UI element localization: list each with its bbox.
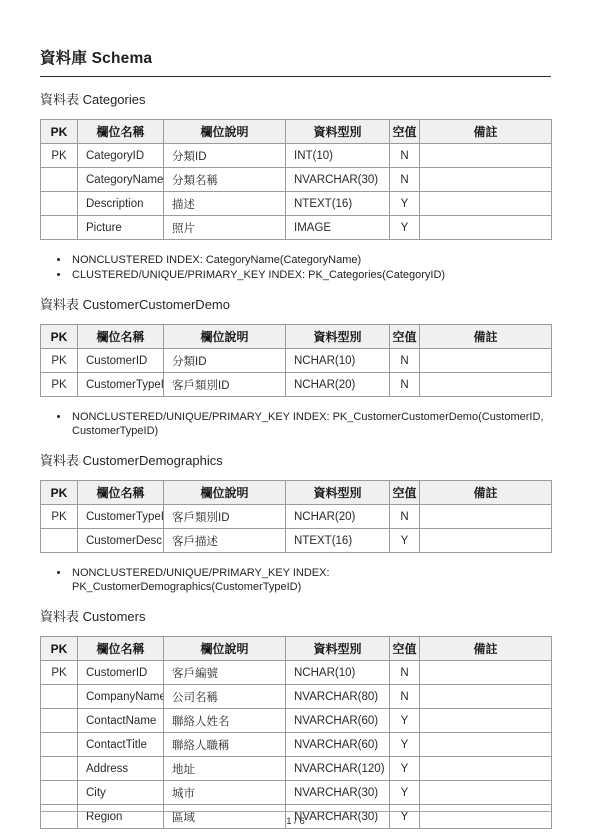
table-cell: CustomerTypeID	[78, 373, 164, 397]
column-header: 欄位名稱	[78, 325, 164, 349]
table-row: PKCustomerTypeID客戶類別IDNCHAR(20)N	[41, 505, 552, 529]
table-cell: NCHAR(10)	[286, 349, 390, 373]
schema-table: PK欄位名稱欄位說明資料型別空值備註PKCustomerID客戶編號NCHAR(…	[40, 636, 552, 829]
table-cell	[41, 757, 78, 781]
table-header: PK欄位名稱欄位說明資料型別空值備註	[41, 637, 552, 661]
column-header: 資料型別	[286, 120, 390, 144]
table-cell: PK	[41, 373, 78, 397]
table-cell: Y	[390, 216, 420, 240]
table-cell: PK	[41, 661, 78, 685]
table-cell	[420, 661, 552, 685]
table-cell: NCHAR(20)	[286, 373, 390, 397]
table-cell: NVARCHAR(30)	[286, 781, 390, 805]
column-header: 欄位說明	[164, 637, 286, 661]
index-list: NONCLUSTERED/UNIQUE/PRIMARY_KEY INDEX: P…	[40, 410, 551, 438]
schema-table: PK欄位名稱欄位說明資料型別空值備註PKCustomerTypeID客戶類別ID…	[40, 480, 552, 553]
table-cell: 客戶類別ID	[164, 505, 286, 529]
table-cell: Y	[390, 757, 420, 781]
table-cell: NCHAR(10)	[286, 661, 390, 685]
table-cell: 地址	[164, 757, 286, 781]
table-cell: IMAGE	[286, 216, 390, 240]
table-cell	[420, 168, 552, 192]
table-cell: 分類ID	[164, 144, 286, 168]
table-row: City城市NVARCHAR(30)Y	[41, 781, 552, 805]
table-cell: NVARCHAR(60)	[286, 709, 390, 733]
table-cell: CategoryID	[78, 144, 164, 168]
table-cell: 照片	[164, 216, 286, 240]
column-header: PK	[41, 325, 78, 349]
table-row: Description描述NTEXT(16)Y	[41, 192, 552, 216]
table-cell: 描述	[164, 192, 286, 216]
table-cell: 分類名稱	[164, 168, 286, 192]
table-cell	[41, 192, 78, 216]
table-cell	[41, 529, 78, 553]
table-cell: Y	[390, 733, 420, 757]
table-cell: N	[390, 373, 420, 397]
page-footer-divider: 1 / 6	[40, 811, 551, 827]
table-cell	[41, 733, 78, 757]
table-cell: N	[390, 168, 420, 192]
column-header: PK	[41, 481, 78, 505]
table-cell: 分類ID	[164, 349, 286, 373]
table-cell: NCHAR(20)	[286, 505, 390, 529]
table-cell: NVARCHAR(80)	[286, 685, 390, 709]
table-cell	[41, 685, 78, 709]
table-cell	[41, 781, 78, 805]
table-cell: N	[390, 349, 420, 373]
table-cell: 客戶編號	[164, 661, 286, 685]
table-row: PKCustomerID分類IDNCHAR(10)N	[41, 349, 552, 373]
table-cell: 客戶類別ID	[164, 373, 286, 397]
table-row: PKCustomerTypeID客戶類別IDNCHAR(20)N	[41, 373, 552, 397]
column-header: 欄位名稱	[78, 481, 164, 505]
table-cell	[420, 349, 552, 373]
section-heading: 資料表 CustomerCustomerDemo	[40, 296, 551, 313]
table-cell	[41, 709, 78, 733]
column-header: 空值	[390, 637, 420, 661]
table-header: PK欄位名稱欄位說明資料型別空值備註	[41, 120, 552, 144]
table-cell	[41, 168, 78, 192]
table-cell: 聯絡人姓名	[164, 709, 286, 733]
table-cell: INT(10)	[286, 144, 390, 168]
table-row: CategoryName分類名稱NVARCHAR(30)N	[41, 168, 552, 192]
table-cell: N	[390, 505, 420, 529]
table-cell	[420, 505, 552, 529]
column-header: 資料型別	[286, 481, 390, 505]
table-cell: ContactTitle	[78, 733, 164, 757]
page-number: 1 / 6	[40, 816, 551, 827]
column-header: 欄位說明	[164, 325, 286, 349]
table-header-row: PK欄位名稱欄位說明資料型別空值備註	[41, 637, 552, 661]
table-row: ContactName聯絡人姓名NVARCHAR(60)Y	[41, 709, 552, 733]
table-row: CustomerDesc客戶描述NTEXT(16)Y	[41, 529, 552, 553]
table-cell	[420, 529, 552, 553]
schema-table: PK欄位名稱欄位說明資料型別空值備註PKCustomerID分類IDNCHAR(…	[40, 324, 552, 397]
column-header: 空值	[390, 325, 420, 349]
table-cell: Y	[390, 781, 420, 805]
table-cell: ContactName	[78, 709, 164, 733]
table-cell: PK	[41, 144, 78, 168]
column-header: 空值	[390, 481, 420, 505]
index-item: NONCLUSTERED/UNIQUE/PRIMARY_KEY INDEX: P…	[70, 410, 551, 438]
table-body: PKCategoryID分類IDINT(10)NCategoryName分類名稱…	[41, 144, 552, 240]
table-cell: N	[390, 661, 420, 685]
table-cell: NVARCHAR(120)	[286, 757, 390, 781]
table-cell	[420, 216, 552, 240]
section-heading: 資料表 Categories	[40, 91, 551, 108]
table-body: PKCustomerID客戶編號NCHAR(10)NCompanyName公司名…	[41, 661, 552, 829]
table-cell: 客戶描述	[164, 529, 286, 553]
sections-container: 資料表 CategoriesPK欄位名稱欄位說明資料型別空值備註PKCatego…	[40, 91, 551, 829]
table-cell: NTEXT(16)	[286, 529, 390, 553]
column-header: 空值	[390, 120, 420, 144]
table-cell	[420, 709, 552, 733]
table-cell: PK	[41, 505, 78, 529]
document-title: 資料庫 Schema	[40, 46, 551, 77]
document-page: 資料庫 Schema 資料表 CategoriesPK欄位名稱欄位說明資料型別空…	[0, 0, 591, 839]
table-cell: 城市	[164, 781, 286, 805]
column-header: 備註	[420, 325, 552, 349]
table-header: PK欄位名稱欄位說明資料型別空值備註	[41, 481, 552, 505]
index-item: NONCLUSTERED INDEX: CategoryName(Categor…	[70, 253, 551, 267]
column-header: 備註	[420, 481, 552, 505]
table-cell	[420, 144, 552, 168]
table-header-row: PK欄位名稱欄位說明資料型別空值備註	[41, 120, 552, 144]
table-cell: PK	[41, 349, 78, 373]
table-cell	[41, 216, 78, 240]
schema-table: PK欄位名稱欄位說明資料型別空值備註PKCategoryID分類IDINT(10…	[40, 119, 552, 240]
table-row: ContactTitle聯絡人職稱NVARCHAR(60)Y	[41, 733, 552, 757]
table-body: PKCustomerID分類IDNCHAR(10)NPKCustomerType…	[41, 349, 552, 397]
table-cell: Y	[390, 529, 420, 553]
table-cell: CategoryName	[78, 168, 164, 192]
table-row: CompanyName公司名稱NVARCHAR(80)N	[41, 685, 552, 709]
column-header: PK	[41, 120, 78, 144]
table-header-row: PK欄位名稱欄位說明資料型別空值備註	[41, 325, 552, 349]
table-cell	[420, 192, 552, 216]
table-row: PKCategoryID分類IDINT(10)N	[41, 144, 552, 168]
table-header: PK欄位名稱欄位說明資料型別空值備註	[41, 325, 552, 349]
table-cell: 聯絡人職稱	[164, 733, 286, 757]
table-cell	[420, 685, 552, 709]
table-cell: CustomerID	[78, 661, 164, 685]
table-cell: CustomerTypeID	[78, 505, 164, 529]
table-cell: 公司名稱	[164, 685, 286, 709]
table-cell: Y	[390, 709, 420, 733]
table-cell: City	[78, 781, 164, 805]
table-cell: NTEXT(16)	[286, 192, 390, 216]
table-cell: CustomerID	[78, 349, 164, 373]
table-cell: NVARCHAR(30)	[286, 168, 390, 192]
column-header: 備註	[420, 120, 552, 144]
table-cell: Description	[78, 192, 164, 216]
table-cell	[420, 373, 552, 397]
section-heading: 資料表 CustomerDemographics	[40, 452, 551, 469]
column-header: 欄位說明	[164, 120, 286, 144]
column-header: 資料型別	[286, 325, 390, 349]
table-cell: Address	[78, 757, 164, 781]
index-list: NONCLUSTERED/UNIQUE/PRIMARY_KEY INDEX: P…	[40, 566, 551, 594]
table-cell: N	[390, 144, 420, 168]
table-cell: NVARCHAR(60)	[286, 733, 390, 757]
table-cell	[420, 757, 552, 781]
table-row: Address地址NVARCHAR(120)Y	[41, 757, 552, 781]
column-header: 備註	[420, 637, 552, 661]
table-header-row: PK欄位名稱欄位說明資料型別空值備註	[41, 481, 552, 505]
table-cell: Picture	[78, 216, 164, 240]
table-cell: CustomerDesc	[78, 529, 164, 553]
table-row: Picture照片IMAGEY	[41, 216, 552, 240]
column-header: 欄位說明	[164, 481, 286, 505]
column-header: 欄位名稱	[78, 120, 164, 144]
table-cell: N	[390, 685, 420, 709]
index-item: CLUSTERED/UNIQUE/PRIMARY_KEY INDEX: PK_C…	[70, 268, 551, 282]
section-heading: 資料表 Customers	[40, 608, 551, 625]
column-header: 欄位名稱	[78, 637, 164, 661]
table-cell	[420, 781, 552, 805]
column-header: PK	[41, 637, 78, 661]
column-header: 資料型別	[286, 637, 390, 661]
index-item: NONCLUSTERED/UNIQUE/PRIMARY_KEY INDEX: P…	[70, 566, 551, 594]
table-row: PKCustomerID客戶編號NCHAR(10)N	[41, 661, 552, 685]
table-cell	[420, 733, 552, 757]
table-cell: CompanyName	[78, 685, 164, 709]
table-body: PKCustomerTypeID客戶類別IDNCHAR(20)NCustomer…	[41, 505, 552, 553]
table-cell: Y	[390, 192, 420, 216]
index-list: NONCLUSTERED INDEX: CategoryName(Categor…	[40, 253, 551, 282]
